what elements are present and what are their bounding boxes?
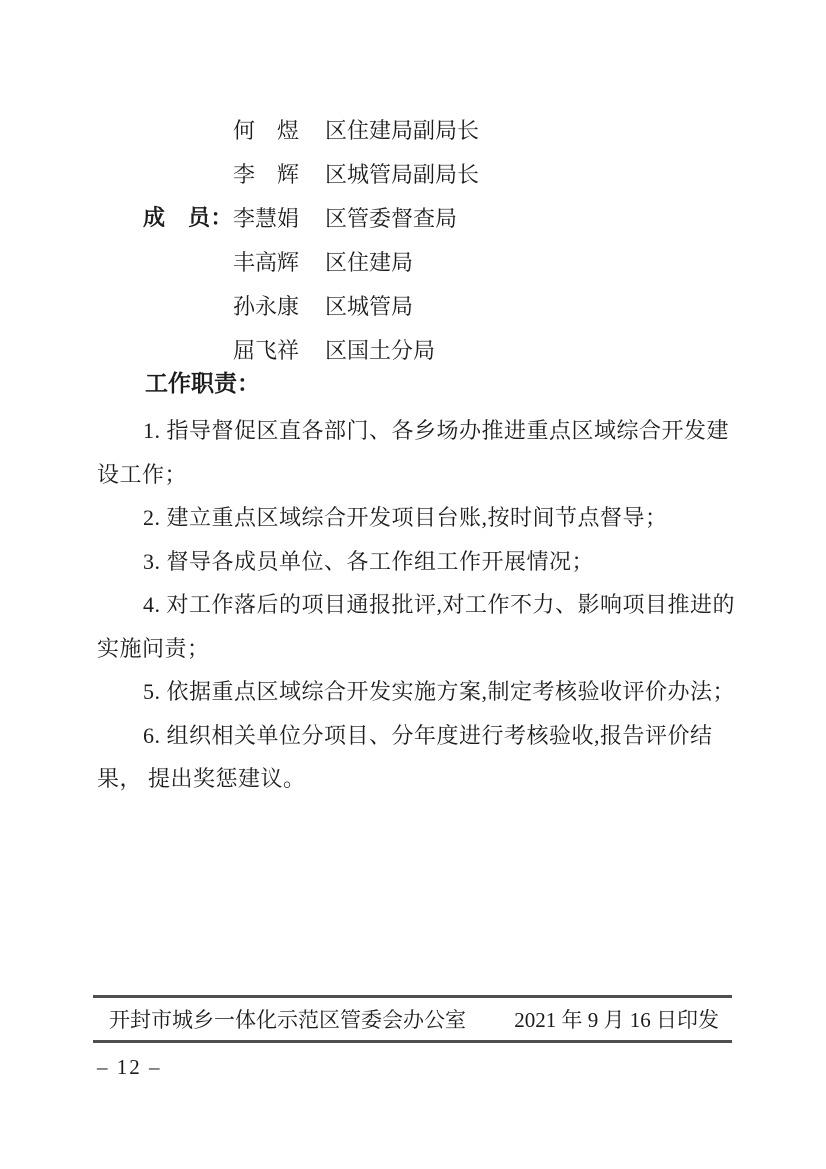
member-name: 孙永康 (233, 285, 299, 329)
document-page: 何 煜 区住建局副局长 李 辉 区城管局副局长 成 员： 李慧娟 区管委督查局 … (0, 0, 826, 1169)
member-role-label: 成 员： (143, 197, 233, 241)
member-name: 李慧娟 (233, 197, 299, 241)
members-list: 何 煜 区住建局副局长 李 辉 区城管局副局长 成 员： 李慧娟 区管委督查局 … (97, 109, 747, 373)
duty-line: 5. 依据重点区域综合开发实施方案,制定考核验收评价办法； (97, 670, 745, 714)
duty-line: 实施问责； (97, 627, 745, 671)
member-row: 何 煜 区住建局副局长 (97, 109, 747, 153)
member-name: 丰高辉 (233, 241, 299, 285)
member-department: 区城管局副局长 (325, 153, 479, 197)
member-department: 区国土分局 (325, 329, 435, 373)
member-department: 区住建局 (325, 241, 413, 285)
member-department: 区城管局 (325, 285, 413, 329)
duty-line: 3. 督导各成员单位、各工作组工作开展情况； (97, 540, 745, 584)
duties-heading: 工作职责： (145, 362, 260, 406)
duty-line: 果， 提出奖惩建议。 (97, 757, 745, 801)
member-row: 孙永康 区城管局 (97, 285, 747, 329)
member-row: 李 辉 区城管局副局长 (97, 153, 747, 197)
duties-list: 1. 指导督促区直各部门、各乡场办推进重点区域综合开发建 设工作； 2. 建立重… (97, 409, 745, 801)
footer-print-date: 2021 年 9 月 16 日印发 (514, 1004, 719, 1034)
duty-line: 4. 对工作落后的项目通报批评,对工作不力、影响项目推进的 (97, 583, 745, 627)
member-department: 区管委督查局 (325, 197, 457, 241)
duty-line: 6. 组织相关单位分项目、分年度进行考核验收,报告评价结 (97, 714, 745, 758)
member-row: 成 员： 李慧娟 区管委督查局 (97, 197, 747, 241)
page-number: – 12 – (97, 1051, 162, 1084)
duty-line: 1. 指导督促区直各部门、各乡场办推进重点区域综合开发建 (97, 409, 745, 453)
member-name: 李 辉 (233, 153, 299, 197)
member-name: 何 煜 (233, 109, 299, 153)
duty-line: 设工作； (97, 453, 745, 497)
duty-line: 2. 建立重点区域综合开发项目台账,按时间节点督导； (97, 496, 745, 540)
footer-issuer: 开封市城乡一体化示范区管委会办公室 (109, 1004, 466, 1034)
member-row: 丰高辉 区住建局 (97, 241, 747, 285)
member-department: 区住建局副局长 (325, 109, 479, 153)
footer-colophon: 开封市城乡一体化示范区管委会办公室 2021 年 9 月 16 日印发 (93, 995, 732, 1043)
